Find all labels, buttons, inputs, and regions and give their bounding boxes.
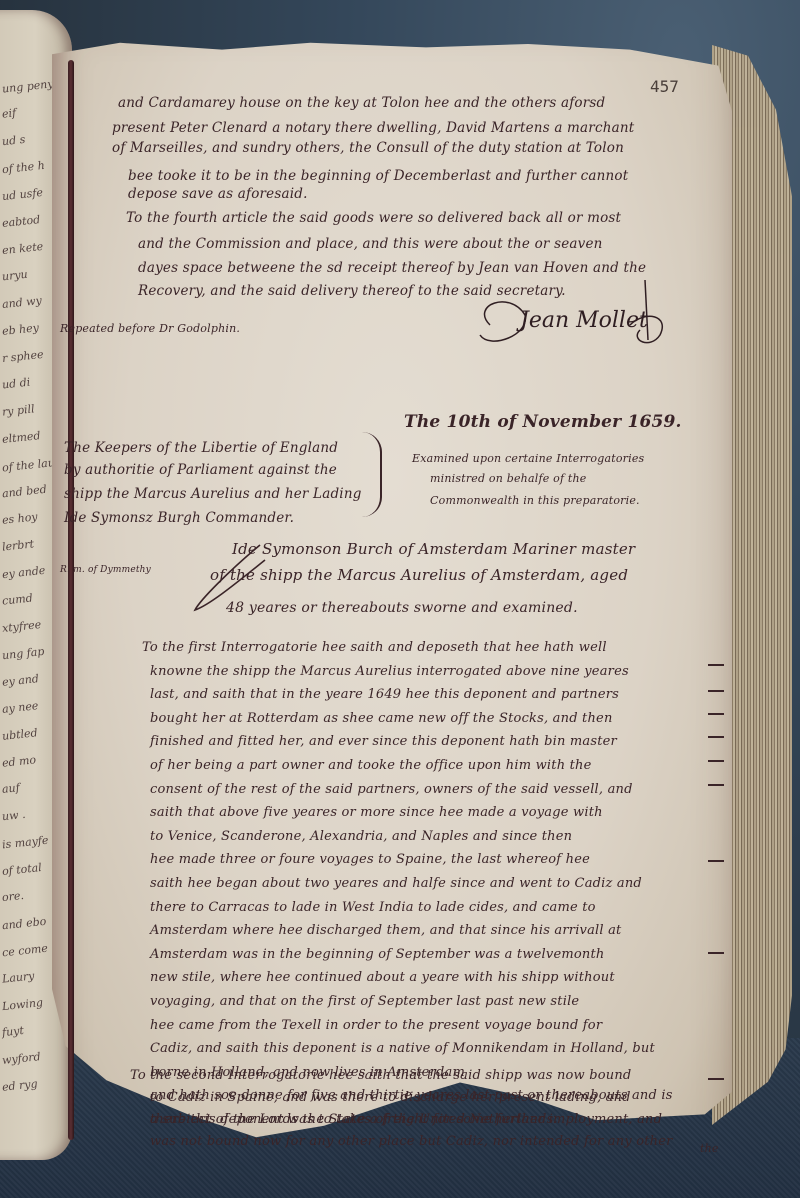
folio-number: 457 bbox=[650, 77, 679, 96]
text-line: dayes space betweene the sd receipt ther… bbox=[138, 260, 646, 276]
text-line: hee came from the Texell in order to the… bbox=[150, 1018, 602, 1033]
left-page-text-fragment: r sphee bbox=[1, 348, 44, 365]
left-page-text-fragment: is mayfe bbox=[1, 834, 49, 852]
text-line: knowne the shipp the Marcus Aurelius int… bbox=[150, 664, 629, 679]
text-line: of her being a part owner and tooke the … bbox=[150, 758, 592, 773]
left-page-text-fragment: lerbrt bbox=[1, 537, 34, 553]
text-line: present Peter Clenard a notary there dwe… bbox=[112, 120, 634, 136]
line-filler-dash bbox=[708, 664, 724, 666]
line-filler-dash bbox=[708, 713, 724, 715]
text-line: was not bound now for any other place bu… bbox=[150, 1134, 673, 1149]
left-page-text-fragment: uw . bbox=[1, 808, 26, 823]
left-page-text-fragment: fuyt bbox=[1, 1024, 24, 1039]
left-page-text-fragment: uryu bbox=[1, 268, 28, 284]
left-page-text-fragment: of total bbox=[1, 861, 42, 878]
left-page-text-fragment: ey and bbox=[1, 672, 39, 689]
line-filler-dash bbox=[708, 690, 724, 692]
left-page-text-fragment: ed ryg bbox=[1, 1077, 38, 1094]
left-page-text-fragment: ung fap bbox=[1, 645, 45, 662]
text-line: hee made three or foure voyages to Spain… bbox=[150, 852, 590, 867]
text-line: by authoritie of Parliament against the bbox=[64, 462, 337, 478]
catchword: the bbox=[700, 1142, 719, 1155]
initial-flourish-icon bbox=[190, 540, 280, 620]
left-page-text-fragment: wyford bbox=[1, 1050, 41, 1067]
text-line: Amsterdam was in the beginning of Septem… bbox=[150, 947, 604, 962]
text-line: to Venice, Scanderone, Alexandria, and N… bbox=[150, 829, 572, 844]
margin-note: Repeated before Dr Godolphin. bbox=[60, 322, 240, 335]
text-line: Examined upon certaine Interrogatories bbox=[412, 452, 644, 465]
text-line: depose save as aforesaid. bbox=[128, 186, 308, 202]
left-page-text-fragment: eif bbox=[1, 106, 16, 120]
line-filler-dash bbox=[708, 860, 724, 862]
left-page-text-fragment: and ebo bbox=[1, 915, 46, 933]
text-line: Ide Symonsz Burgh Commander. bbox=[64, 510, 294, 526]
left-page-text-fragment: ud s bbox=[1, 133, 26, 148]
left-page-text-fragment: ore. bbox=[1, 889, 24, 904]
left-page-text-fragment: ay nee bbox=[1, 699, 39, 716]
text-line: bought her at Rotterdam as shee came new… bbox=[150, 711, 613, 726]
text-line: saith that above five yeares or more sin… bbox=[150, 805, 603, 820]
margin-note: R. m. of Dymmethy bbox=[60, 565, 151, 575]
text-line: consent of the rest of the said partners… bbox=[150, 782, 633, 797]
text-line: The Keepers of the Libertie of England bbox=[64, 440, 338, 456]
left-page-text-fragment: cumd bbox=[1, 591, 33, 607]
left-page-text-fragment: eabtod bbox=[1, 213, 40, 230]
left-page-text-fragment: Lowing bbox=[1, 996, 43, 1013]
left-page-text-fragment: ry pill bbox=[1, 402, 35, 418]
line-filler-dash bbox=[708, 952, 724, 954]
left-page-text-fragment: ey ande bbox=[1, 564, 46, 581]
text-line: saith hee began about two yeares and hal… bbox=[150, 876, 642, 891]
left-page-text-fragment: ud usfe bbox=[1, 186, 43, 203]
text-line: and the Commission and place, and this w… bbox=[138, 236, 603, 252]
text-line: To the first Interrogatorie hee saith an… bbox=[142, 640, 607, 655]
left-page-text-fragment: Laury bbox=[1, 969, 35, 985]
text-line: Ide Symonson Burch of Amsterdam Mariner … bbox=[232, 540, 635, 558]
text-line: last, and saith that in the yeare 1649 h… bbox=[150, 687, 619, 702]
left-page-text-fragment: eb hey bbox=[1, 321, 39, 338]
text-line: there to Carracas to lade in West India … bbox=[150, 900, 596, 915]
left-page-text-fragment: en kete bbox=[1, 240, 43, 257]
left-page-text-fragment: and wy bbox=[1, 294, 42, 311]
left-page-text-fragment: ed mo bbox=[1, 753, 36, 769]
text-line: voyaging, and that on the first of Septe… bbox=[150, 994, 579, 1009]
left-page-text-fragment: and bed bbox=[1, 483, 47, 501]
line-filler-dash bbox=[708, 736, 724, 738]
session-date: The 10th of November 1659. bbox=[404, 412, 682, 432]
text-line: and Cardamarey house on the key at Tolon… bbox=[118, 95, 605, 111]
text-line: there this deponent was to take a freigh… bbox=[150, 1112, 662, 1127]
signature-text: Jean Mollet bbox=[520, 308, 648, 333]
text-line: shipp the Marcus Aurelius and her Lading bbox=[64, 486, 362, 502]
brace-bracket bbox=[360, 432, 382, 517]
line-filler-dash bbox=[708, 784, 724, 786]
left-page-text-fragment: auf bbox=[1, 781, 20, 796]
signature: Jean Mollet bbox=[480, 300, 680, 350]
text-line: of Marseilles, and sundry others, the Co… bbox=[112, 140, 624, 156]
left-page-text-fragment: eltmed bbox=[1, 429, 41, 446]
left-page-text-fragment: ud di bbox=[1, 376, 30, 392]
text-line: To the second Interrogatorie hee saith t… bbox=[130, 1068, 631, 1083]
text-line: Amsterdam where hee discharged them, and… bbox=[150, 923, 621, 938]
book-gutter bbox=[68, 60, 74, 1140]
text-line: finished and fitted her, and ever since … bbox=[150, 734, 617, 749]
text-line: Cadiz, and saith this deponent is a nati… bbox=[150, 1041, 655, 1056]
text-line: new stile, where hee continued about a y… bbox=[150, 970, 615, 985]
line-filler-dash bbox=[708, 1078, 724, 1080]
left-page-text-fragment: xtyfree bbox=[1, 618, 41, 635]
left-page-text-fragment: es hoy bbox=[1, 510, 38, 527]
text-line: ministred on behalfe of the bbox=[430, 472, 587, 485]
text-line: Commonwealth in this preparatorie. bbox=[430, 494, 640, 507]
left-page-text-fragment: ce come bbox=[1, 942, 48, 960]
left-page-text-fragment: ubtled bbox=[1, 726, 38, 743]
text-line: To the fourth article the said goods wer… bbox=[126, 210, 621, 226]
text-line: bee tooke it to be in the beginning of D… bbox=[128, 168, 628, 184]
text-line: to Cadiz in Spaine, and was there to dis… bbox=[150, 1090, 631, 1105]
left-page-text-fragment: of the h bbox=[1, 159, 45, 176]
left-page-text-fragment: ung peny bbox=[1, 77, 54, 95]
line-filler-dash bbox=[708, 760, 724, 762]
